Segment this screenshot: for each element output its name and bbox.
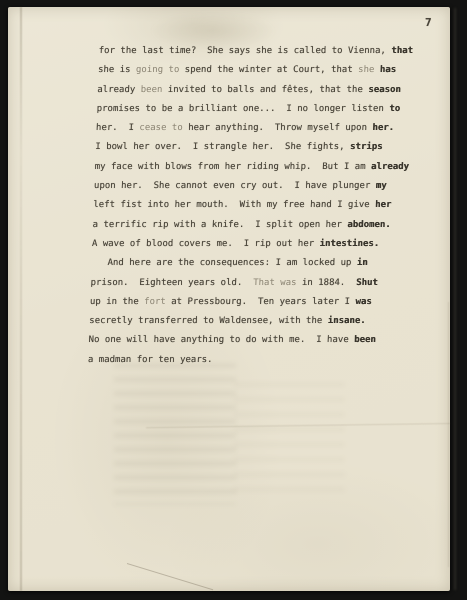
typescript-line: upon her. She cannot even cry out. I hav…: [94, 177, 409, 196]
typescript-line: my face with blows from her riding whip.…: [94, 158, 409, 177]
ink-showthrough-left: [114, 363, 236, 505]
typescript-line: A wave of blood covers me. I rip out her…: [92, 235, 407, 254]
adjacent-page-edge: [454, 8, 456, 590]
typescript-line: secretly transferred to Waldensee, with …: [89, 312, 404, 331]
manuscript-page: 7 for the last time? She says she is cal…: [8, 7, 450, 591]
page-number: 7: [425, 16, 432, 29]
typescript-line: No one will have anything to do with me.…: [88, 331, 403, 350]
typescript-line: her. I cease to hear anything. Throw mys…: [96, 119, 411, 138]
photo-frame: 7 for the last time? She says she is cal…: [0, 0, 467, 600]
typescript-line: I bowl her over. I strangle her. She fig…: [95, 138, 410, 157]
paper-crease-diagonal: [127, 563, 213, 590]
typescript-line: And here are the consequences: I am lock…: [91, 254, 406, 273]
ink-showthrough-right: [233, 382, 345, 492]
typescript-line: for the last time? She says she is calle…: [98, 42, 413, 61]
paper-crease-horizontal: [146, 423, 450, 428]
typescript-line: left fist into her mouth. With my free h…: [93, 196, 408, 215]
typescript-line: prison. Eighteen years old. That was in …: [90, 274, 405, 293]
typescript-line: promises to be a brilliant one... I no l…: [96, 100, 411, 119]
typescript-text: for the last time? She says she is calle…: [88, 42, 414, 370]
typescript-line: a terrific rip with a knife. I split ope…: [92, 216, 407, 235]
typescript-line: she is going to spend the winter at Cour…: [98, 61, 413, 80]
typescript-line: a madman for ten years.: [88, 351, 403, 370]
paper-crease-vertical-right: [448, 302, 449, 567]
paper-crease-vertical-left: [20, 7, 22, 591]
typescript-line: up in the fort at Pressbourg. Ten years …: [90, 293, 405, 312]
typescript-line: already been invited to balls and fêtes,…: [97, 81, 412, 100]
